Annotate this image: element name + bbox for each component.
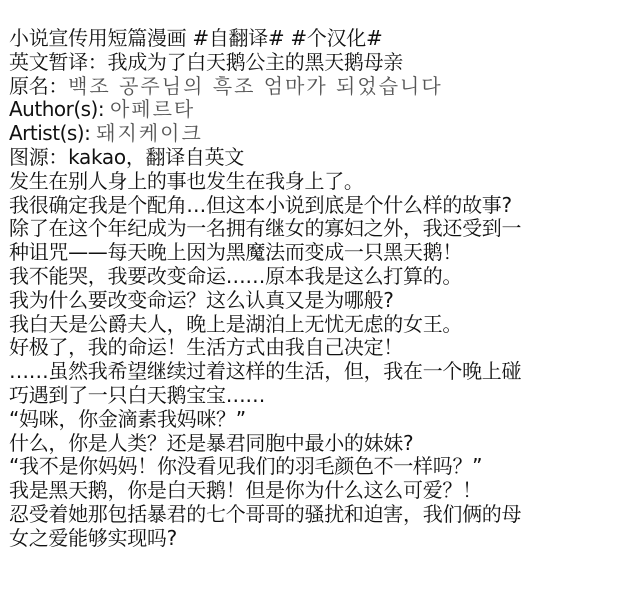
author-label: Author(s): xyxy=(9,97,110,121)
source-value: kakao，翻译自英文 xyxy=(68,145,244,169)
synopsis-line: 我是黑天鹅，你是白天鹅！但是你为什么这么可爱？！ xyxy=(9,479,619,503)
source-label: 图源： xyxy=(9,145,68,169)
author-line: Author(s): 아페르타 xyxy=(9,98,619,122)
dialogue-line: “我不是你妈妈！你没看见我们的羽毛颜色不一样吗？” xyxy=(9,455,619,479)
dialogue-line: “妈咪，你金滴素我妈咪？” xyxy=(9,408,619,432)
original-name-line: 原名：백조 공주님의 흑조 엄마가 되었습니다 xyxy=(9,75,619,99)
english-title-line: 英文暂译：我成为了白天鹅公主的黑天鹅母亲 xyxy=(9,51,619,75)
synopsis-line: 巧遇到了一只白天鹅宝宝…… xyxy=(9,384,619,408)
synopsis-line: 女之爱能够实现吗? xyxy=(9,527,619,551)
original-name: 백조 공주님의 흑조 엄마가 되었습니다 xyxy=(68,74,443,98)
synopsis-line: 我很确定我是个配角…但这本小说到底是个什么样的故事? xyxy=(9,194,619,218)
original-name-label: 原名： xyxy=(9,74,68,98)
synopsis-line: 发生在别人身上的事也发生在我身上了。 xyxy=(9,170,619,194)
document-text: 小说宣传用短篇漫画 #自翻译# #个汉化# 英文暂译：我成为了白天鹅公主的黑天鹅… xyxy=(9,27,619,551)
synopsis-line: 除了在这个年纪成为一名拥有继女的寡妇之外，我还受到一 xyxy=(9,217,619,241)
synopsis-line: 忍受着她那包括暴君的七个哥哥的骚扰和迫害，我们俩的母 xyxy=(9,503,619,527)
source-line: 图源：kakao，翻译自英文 xyxy=(9,146,619,170)
english-title-label: 英文暂译： xyxy=(9,50,108,74)
synopsis-line: 种诅咒——每天晚上因为黑魔法而变成一只黑天鹅！ xyxy=(9,241,619,265)
synopsis-line: 我不能哭，我要改变命运……原本我是这么打算的。 xyxy=(9,265,619,289)
synopsis-line: 好极了，我的命运！生活方式由我自己决定！ xyxy=(9,336,619,360)
artist-line: Artist(s): 돼지케이크 xyxy=(9,122,619,146)
artist-name: 돼지케이크 xyxy=(96,121,203,145)
synopsis-line: 什么，你是人类？还是暴君同胞中最小的妹妹? xyxy=(9,432,619,456)
synopsis-line: ……虽然我希望继续过着这样的生活，但，我在一个晚上碰 xyxy=(9,360,619,384)
english-title: 我成为了白天鹅公主的黑天鹅母亲 xyxy=(108,50,404,74)
artist-label: Artist(s): xyxy=(9,121,96,145)
author-name: 아페르타 xyxy=(110,97,195,121)
post-title: 小说宣传用短篇漫画 #自翻译# #个汉化# xyxy=(9,27,619,51)
synopsis-line: 我白天是公爵夫人，晚上是湖泊上无忧无虑的女王。 xyxy=(9,313,619,337)
synopsis-line: 我为什么要改变命运？这么认真又是为哪般? xyxy=(9,289,619,313)
